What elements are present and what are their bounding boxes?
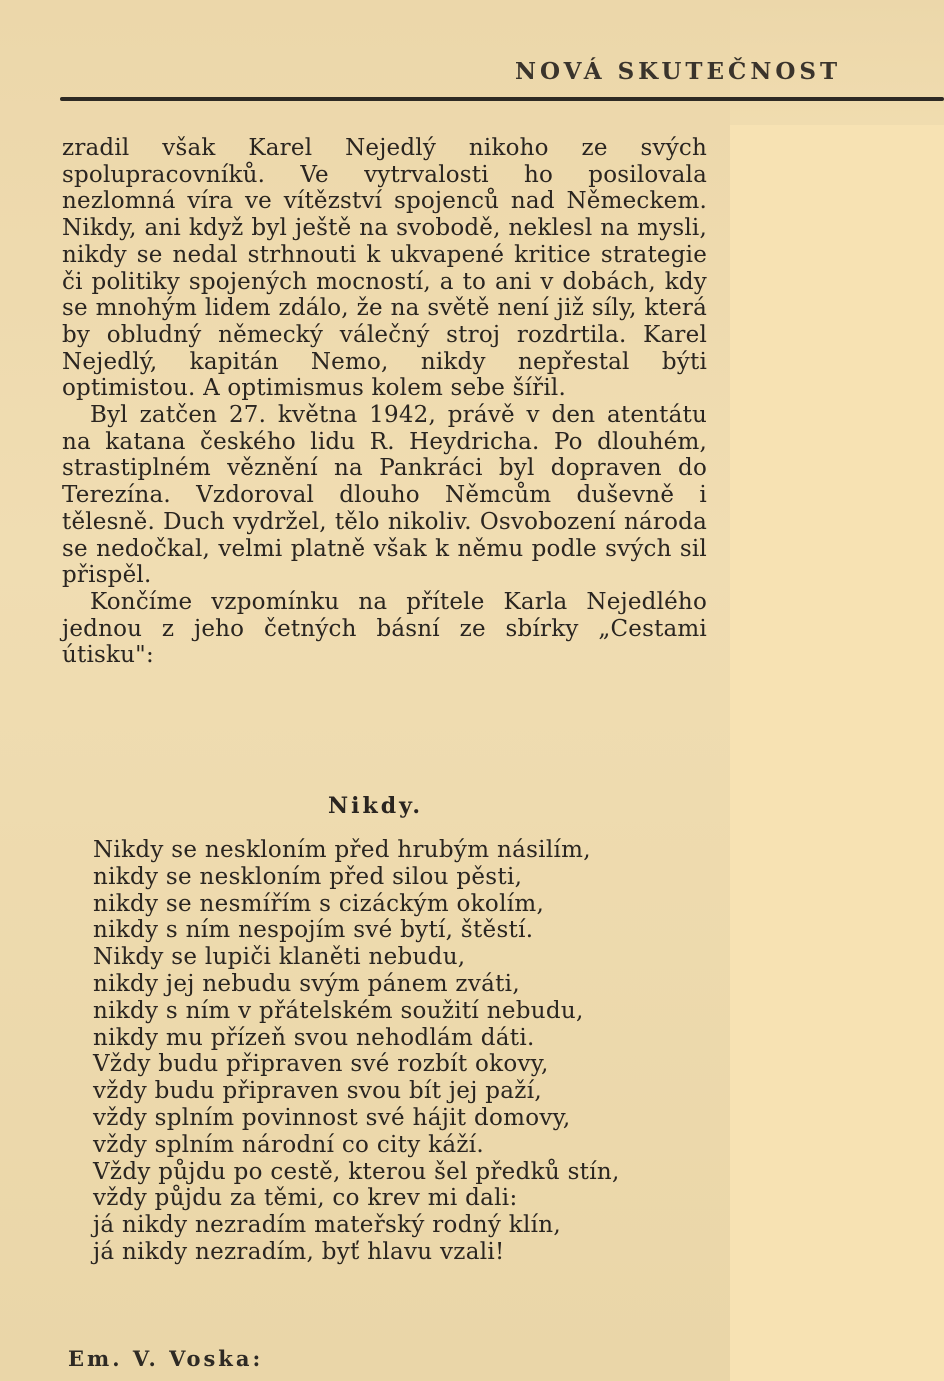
poem-title: Nikdy. [328, 793, 423, 819]
poem-line: nikdy se nesmířím s cizáckým okolím, [93, 891, 693, 918]
poem-line: vždy splním povinnost své hájit domovy, [93, 1105, 693, 1132]
poem-line: Vždy budu připraven své rozbít okovy, [93, 1051, 693, 1078]
poem-line: nikdy se neskloním před silou pěsti, [93, 864, 693, 891]
poem: Nikdy se neskloním před hrubým násilím, … [93, 837, 693, 1266]
paper-blank-margin [730, 125, 944, 1381]
poem-line: nikdy s ním nespojím své bytí, štěstí. [93, 917, 693, 944]
poem-line: já nikdy nezradím, byť hlavu vzali! [93, 1239, 693, 1266]
article-paragraph: Byl zatčen 27. května 1942, právě v den … [62, 402, 707, 589]
poem-line: vždy půjdu za těmi, co krev mi dali: [93, 1185, 693, 1212]
header-rule [60, 97, 944, 101]
article-body: zradil však Karel Nejedlý nikoho ze svýc… [62, 135, 707, 669]
next-article-author: Em. V. Voska: [68, 1346, 263, 1371]
poem-line: vždy budu připraven svou bít jej paží, [93, 1078, 693, 1105]
poem-line: vždy splním národní co city káží. [93, 1132, 693, 1159]
poem-line: nikdy mu přízeň svou nehodlám dáti. [93, 1025, 693, 1052]
poem-line: Nikdy se neskloním před hrubým násilím, [93, 837, 693, 864]
poem-line: nikdy jej nebudu svým pánem zváti, [93, 971, 693, 998]
masthead: NOVÁ SKUTEČNOST [515, 58, 841, 85]
poem-line: já nikdy nezradím mateřský rodný klín, [93, 1212, 693, 1239]
article-paragraph: Končíme vzpomínku na přítele Karla Nejed… [62, 589, 707, 669]
poem-line: Vždy půjdu po cestě, kterou šel předků s… [93, 1159, 693, 1186]
poem-line: nikdy s ním v přátelském soužití nebudu, [93, 998, 693, 1025]
article-paragraph: zradil však Karel Nejedlý nikoho ze svýc… [62, 135, 707, 402]
poem-line: Nikdy se lupiči klaněti nebudu, [93, 944, 693, 971]
